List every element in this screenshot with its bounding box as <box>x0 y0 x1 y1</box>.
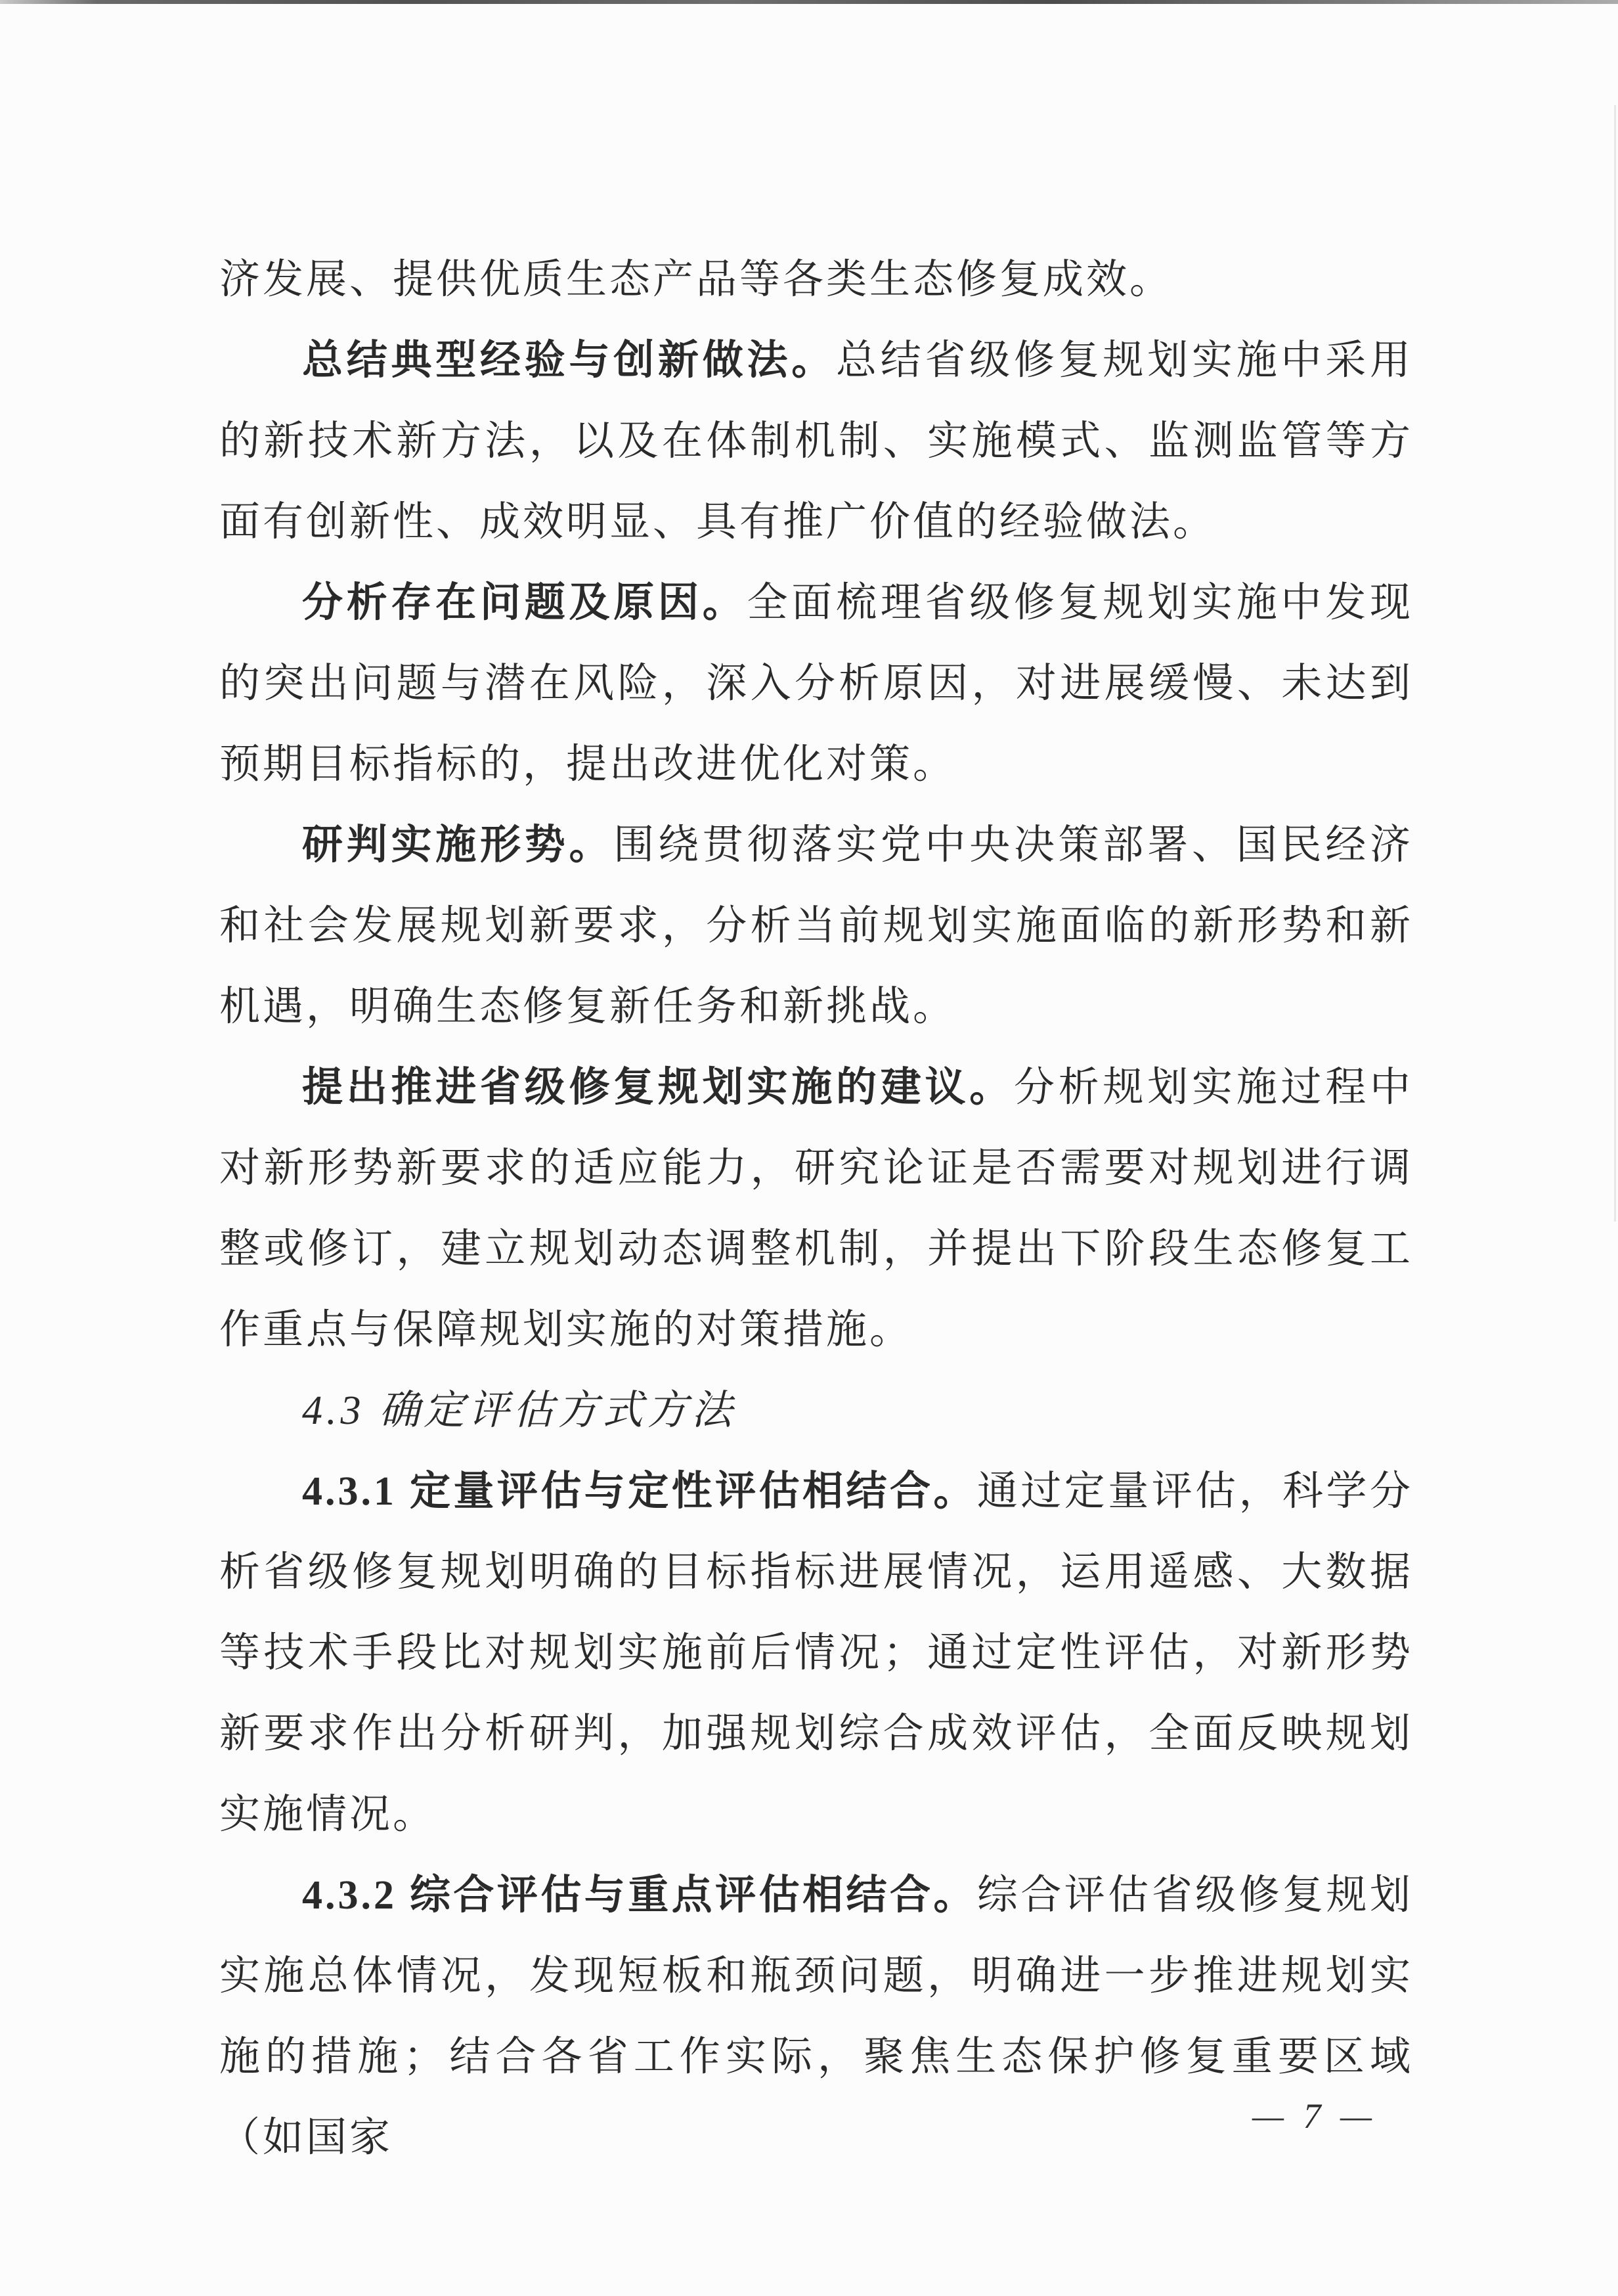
paragraph-lead: 4.3.2 综合评估与重点评估相结合。 <box>302 1873 977 1918</box>
paragraph-4-3-1: 4.3.1 定量评估与定性评估相结合。通过定量评估，科学分析省级修复规划明确的目… <box>219 1451 1413 1855</box>
paragraph-continuation: 济发展、提供优质生态产品等各类生态修复成效。 <box>219 240 1413 320</box>
paragraph-lead: 研判实施形势。 <box>302 823 613 868</box>
page-number: — 7 — <box>1228 2090 1401 2142</box>
paragraph-lead: 提出推进省级修复规划实施的建议。 <box>302 1065 1014 1110</box>
paragraph-propose-suggestions: 提出推进省级修复规划实施的建议。分析规划实施过程中对新形势新要求的适应能力，研究… <box>219 1048 1413 1371</box>
paragraph-judge-situation: 研判实施形势。围绕贯彻落实党中央决策部署、国民经济和社会发展规划新要求，分析当前… <box>219 805 1413 1048</box>
scan-artifact-right-edge <box>1614 105 1616 1222</box>
paragraph-analyze-problems: 分析存在问题及原因。全面梳理省级修复规划实施中发现的突出问题与潜在风险，深入分析… <box>219 563 1413 805</box>
paragraph-lead: 总结典型经验与创新做法。 <box>302 338 836 383</box>
paragraph-lead: 分析存在问题及原因。 <box>302 581 747 625</box>
paragraph-lead: 4.3.1 定量评估与定性评估相结合。 <box>302 1469 977 1514</box>
document-page: 济发展、提供优质生态产品等各类生态修复成效。 总结典型经验与创新做法。总结省级修… <box>0 0 1618 2296</box>
scan-artifact-top-edge <box>0 0 1618 4</box>
document-body: 济发展、提供优质生态产品等各类生态修复成效。 总结典型经验与创新做法。总结省级修… <box>219 240 1413 2178</box>
paragraph-text: 通过定量评估，科学分析省级修复规划明确的目标指标进展情况，运用遥感、大数据等技术… <box>219 1469 1413 1837</box>
section-heading-4-3: 4.3 确定评估方式方法 <box>219 1371 1413 1451</box>
paragraph-summarize-experience: 总结典型经验与创新做法。总结省级修复规划实施中采用的新技术新方法，以及在体制机制… <box>219 320 1413 563</box>
